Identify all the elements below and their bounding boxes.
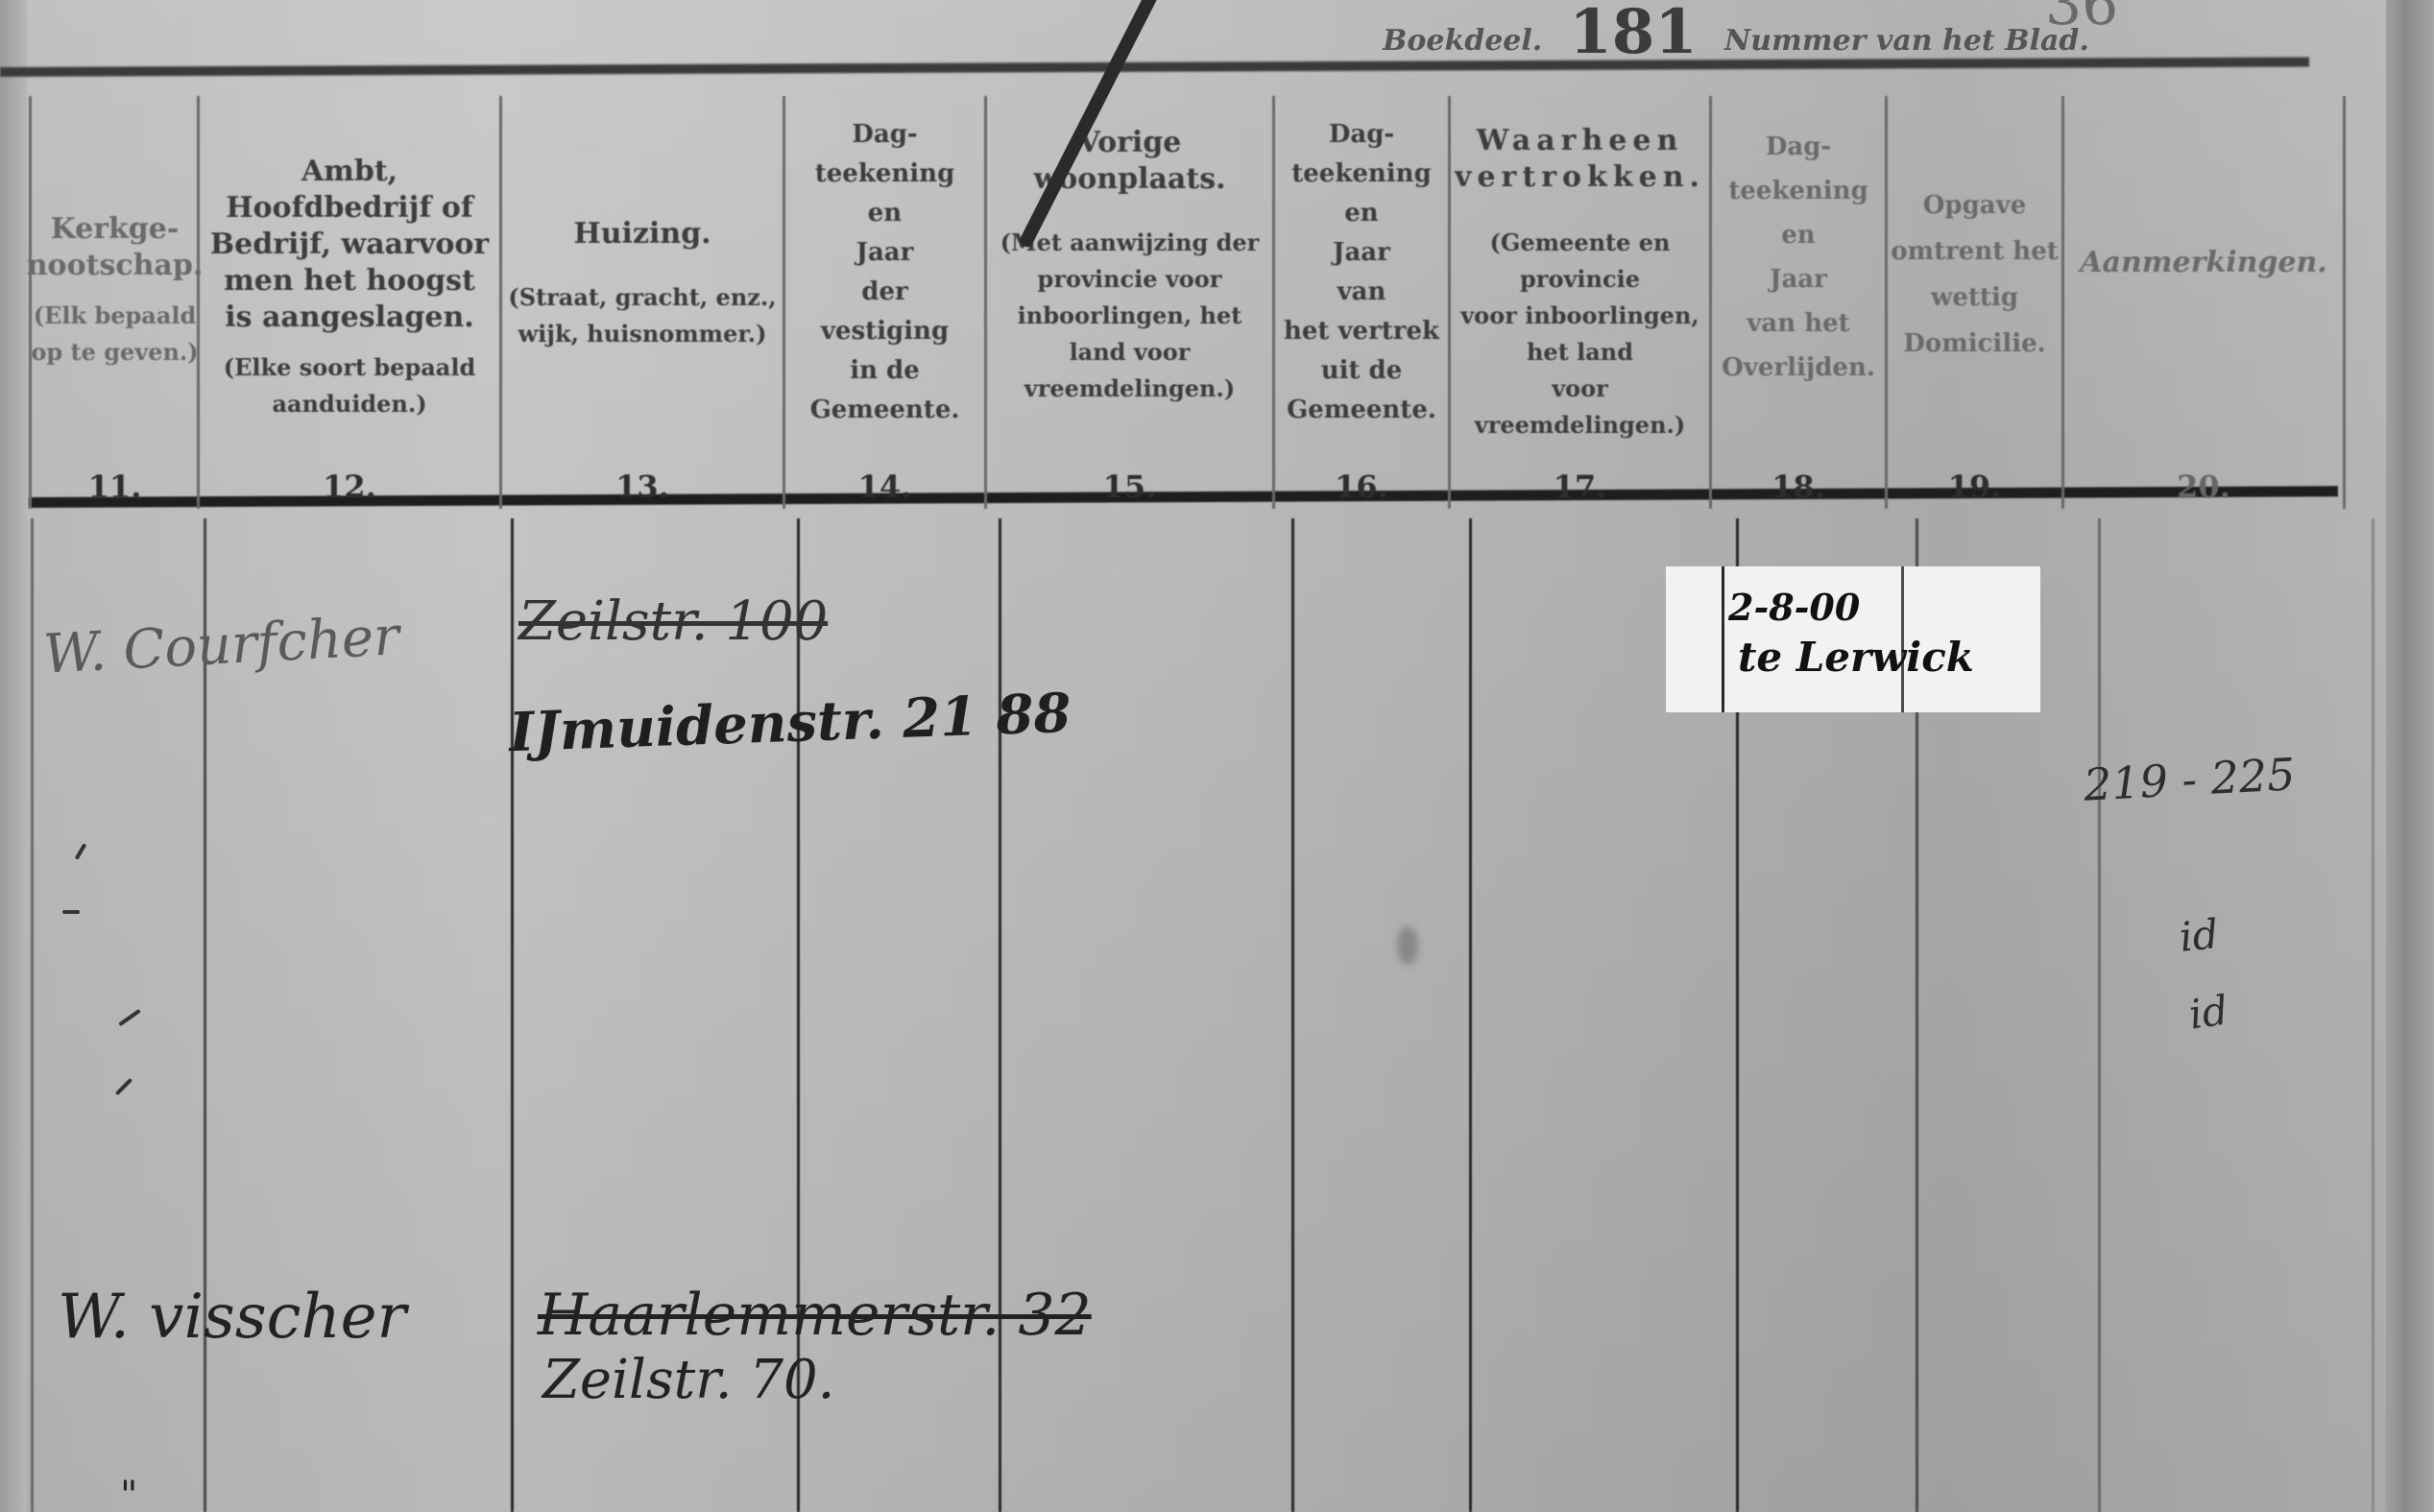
column-header-17: Waarheen vertrokken. (Gemeente en provin… (1451, 115, 1709, 499)
column-number: 12. (323, 468, 376, 505)
departure-patch: 2-8-00 te Lerwick (1666, 566, 2040, 712)
column-header-16: Dag- teekening en Jaar van het vertrek u… (1275, 115, 1448, 499)
column-divider (511, 518, 514, 1512)
volume-number: 181 (1569, 2, 1698, 67)
column-header-14: Dag- teekening en Jaar der vestiging in … (785, 115, 984, 499)
departure-date: 2-8-00 (1728, 586, 1860, 629)
column-header-11: Kerkge- nootschap. (Elk bepaald op te ge… (31, 115, 199, 499)
ditto-mark (115, 1078, 133, 1095)
occupation-entry: W. Courfcher (42, 605, 401, 685)
column-number: 20. (2177, 468, 2230, 505)
header-meta: Boekdeel. 181 Nummer van het Blad. (1383, 0, 2089, 67)
column-header-20: Aanmerkingen. 20. (2064, 115, 2343, 499)
ditto-mark: " (120, 1474, 137, 1512)
remarks-entry: 219 - 225 (2083, 748, 2297, 810)
column-header-13: Huizing. (Straat, gracht, enz., wijk, hu… (502, 115, 783, 499)
departure-destination: te Lerwick (1738, 634, 1974, 681)
top-rule (0, 58, 2309, 77)
column-number: 18. (1771, 468, 1825, 505)
address-struck-entry: Zeilstr. 100 (518, 590, 828, 653)
column-divider (1291, 518, 1294, 1512)
register-page: 36 Boekdeel. 181 Nummer van het Blad. Ke… (0, 0, 2434, 1512)
column-divider (999, 518, 1001, 1512)
column-number: 14. (858, 468, 912, 505)
column-divider (31, 518, 34, 1512)
column-header-15: Vorige woonplaats. (Met aanwijzing der p… (987, 115, 1272, 499)
page-binding-edge (2386, 0, 2434, 1512)
column-divider (2372, 518, 2374, 1512)
column-divider (1722, 566, 1724, 712)
address-struck-entry: Haarlemmerstr. 32 (538, 1282, 1092, 1349)
column-header-12: Ambt, Hoofdbedrijf of Bedrijf, waarvoor … (200, 115, 499, 499)
ditto-mark (75, 843, 86, 860)
occupation-entry: W. visscher (58, 1282, 406, 1353)
column-number: 11. (88, 468, 142, 505)
ditto-mark (62, 910, 80, 914)
column-number: 19. (1948, 468, 2002, 505)
column-header-18: Dag- teekening en Jaar van het Overlijde… (1712, 115, 1885, 499)
address-current-entry: IJmuidenstr. 21 88 (508, 682, 1072, 764)
column-number: 16. (1335, 468, 1388, 505)
page-left-edge (0, 0, 27, 1512)
column-number: 13. (615, 468, 669, 505)
column-number: 17. (1554, 468, 1607, 505)
column-divider (1469, 518, 1472, 1512)
remarks-idem: id (2186, 986, 2231, 1038)
address-current-entry: Zeilstr. 70. (542, 1349, 834, 1411)
remarks-idem: id (2178, 910, 2221, 961)
column-divider (2098, 518, 2101, 1512)
ditto-mark (118, 1009, 141, 1026)
column-number: 15. (1103, 468, 1157, 505)
column-header-19: Opgave omtrent het wettig Domicilie. 19. (1888, 115, 2061, 499)
ink-smudge (1397, 926, 1418, 965)
column-divider (2343, 96, 2346, 509)
